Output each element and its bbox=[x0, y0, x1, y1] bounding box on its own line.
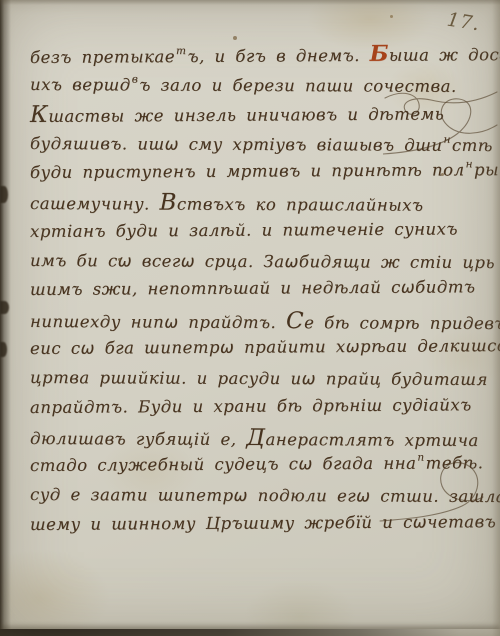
page-edge-left bbox=[0, 0, 11, 636]
line-text: безъ претыкае bbox=[30, 47, 175, 67]
line-text: С bbox=[286, 308, 304, 334]
page-number: 17. bbox=[445, 9, 481, 36]
page-edge-top bbox=[0, 0, 500, 5]
line-text: шаствы же инзель иничаювъ и дѣтемь bbox=[48, 104, 444, 125]
line-text: п bbox=[417, 452, 424, 464]
line-text: К bbox=[30, 101, 48, 127]
manuscript-line: стадо служебный судецъ сѡ бгада ннаптебѣ… bbox=[30, 452, 460, 484]
line-text: апрайдтъ. Буди и храни бѣ дрѣніш судіайх… bbox=[30, 395, 472, 417]
paper-speck bbox=[118, 258, 121, 261]
line-text: буди приступенъ и мртивъ и принѣтѣ пол bbox=[30, 161, 465, 183]
line-text: ъ зало и берези паши сочества. bbox=[139, 76, 457, 96]
line-text: ыша ж досаш bbox=[389, 45, 500, 65]
line-text: дюлишавъ губящій е, bbox=[30, 429, 246, 449]
line-text: т bbox=[176, 45, 187, 57]
paper-speck bbox=[441, 173, 444, 176]
paper-speck bbox=[390, 15, 393, 18]
manuscript-line: безъ претыкаетъ, и бгъ в днемъ. Быша ж д… bbox=[30, 41, 460, 73]
manuscript-text: безъ претыкаетъ, и бгъ в днемъ. Быша ж д… bbox=[30, 44, 460, 542]
line-text: шимъ ѕжи, непотпѣшай и недѣлай сѡбидтъ bbox=[30, 278, 476, 300]
line-text: сашемучину. bbox=[30, 194, 160, 214]
manuscript-line: Кшаствы же инзель иничаювъ и дѣтемь bbox=[30, 100, 460, 132]
manuscript-line: цртва ршийкіш. и расуди иѡ прайц будиташ… bbox=[30, 366, 460, 397]
manuscript-line: шему и шинному Цръшиму жребїй и сѡчетавъ bbox=[30, 510, 460, 542]
line-text: в bbox=[132, 74, 139, 86]
manuscript-line: шимъ ѕжи, непотпѣшай и недѣлай сѡбидтъ bbox=[30, 276, 460, 308]
paper-speck bbox=[233, 36, 237, 40]
line-text: ихъ вершд bbox=[30, 75, 131, 94]
line-text: имъ би сѡ всегѡ срца. Заѡбидящи ж стіи ц… bbox=[30, 251, 495, 272]
line-text: ъ, и бгъ в днемъ. bbox=[187, 46, 369, 66]
line-text: н bbox=[466, 158, 473, 170]
line-text: цртва ршийкіш. и расуди иѡ прайц будиташ… bbox=[30, 368, 488, 389]
line-text: В bbox=[160, 190, 178, 216]
line-text: хртіанъ буди и залѣй. и пштеченіе сунихъ bbox=[30, 219, 458, 241]
page-edge-right bbox=[492, 0, 500, 636]
manuscript-line: хртіанъ буди и залѣй. и пштеченіе сунихъ bbox=[30, 217, 460, 249]
manuscript-line: апрайдтъ. Буди и храни бѣ дрѣніш судіайх… bbox=[30, 393, 460, 425]
line-text: стадо служебный судецъ сѡ бгада нна bbox=[30, 454, 417, 475]
line-text: шему и шинному Цръшиму жребїй и сѡчетавъ bbox=[30, 512, 496, 534]
line-text: суд е заати шипетрѡ подюли егѡ стши. заш… bbox=[30, 485, 500, 506]
line-text: еис сѡ бга шипетрѡ прайити хѡрѣаи делкиш… bbox=[30, 336, 500, 358]
rubric-initial: Б bbox=[370, 41, 389, 67]
line-text: будяшивъ. ишѡ сму хртіувъ віашывъ дши bbox=[30, 134, 443, 155]
line-text: н bbox=[443, 134, 450, 146]
line-text: е бѣ сомрѣ придевъ bbox=[304, 313, 500, 333]
manuscript-line: буди приступенъ и мртивъ и принѣтѣ полнр… bbox=[30, 159, 460, 191]
page-edge-bottom bbox=[0, 629, 500, 636]
line-text: тебѣ. bbox=[426, 453, 484, 472]
line-text: ствъхъ ко прашслайныхъ bbox=[177, 195, 424, 215]
manuscript-page: 17. безъ претыкаетъ, и бгъ в днемъ. Быша… bbox=[0, 0, 500, 636]
line-text: стѣ bbox=[452, 136, 493, 155]
manuscript-line: еис сѡ бга шипетрѡ прайити хѡрѣаи делкиш… bbox=[30, 334, 460, 366]
line-text: анерастлятъ хртшча bbox=[265, 430, 478, 450]
line-text: Д bbox=[246, 425, 265, 451]
line-text: нипшехду нипѡ прайдтъ. bbox=[30, 312, 286, 332]
